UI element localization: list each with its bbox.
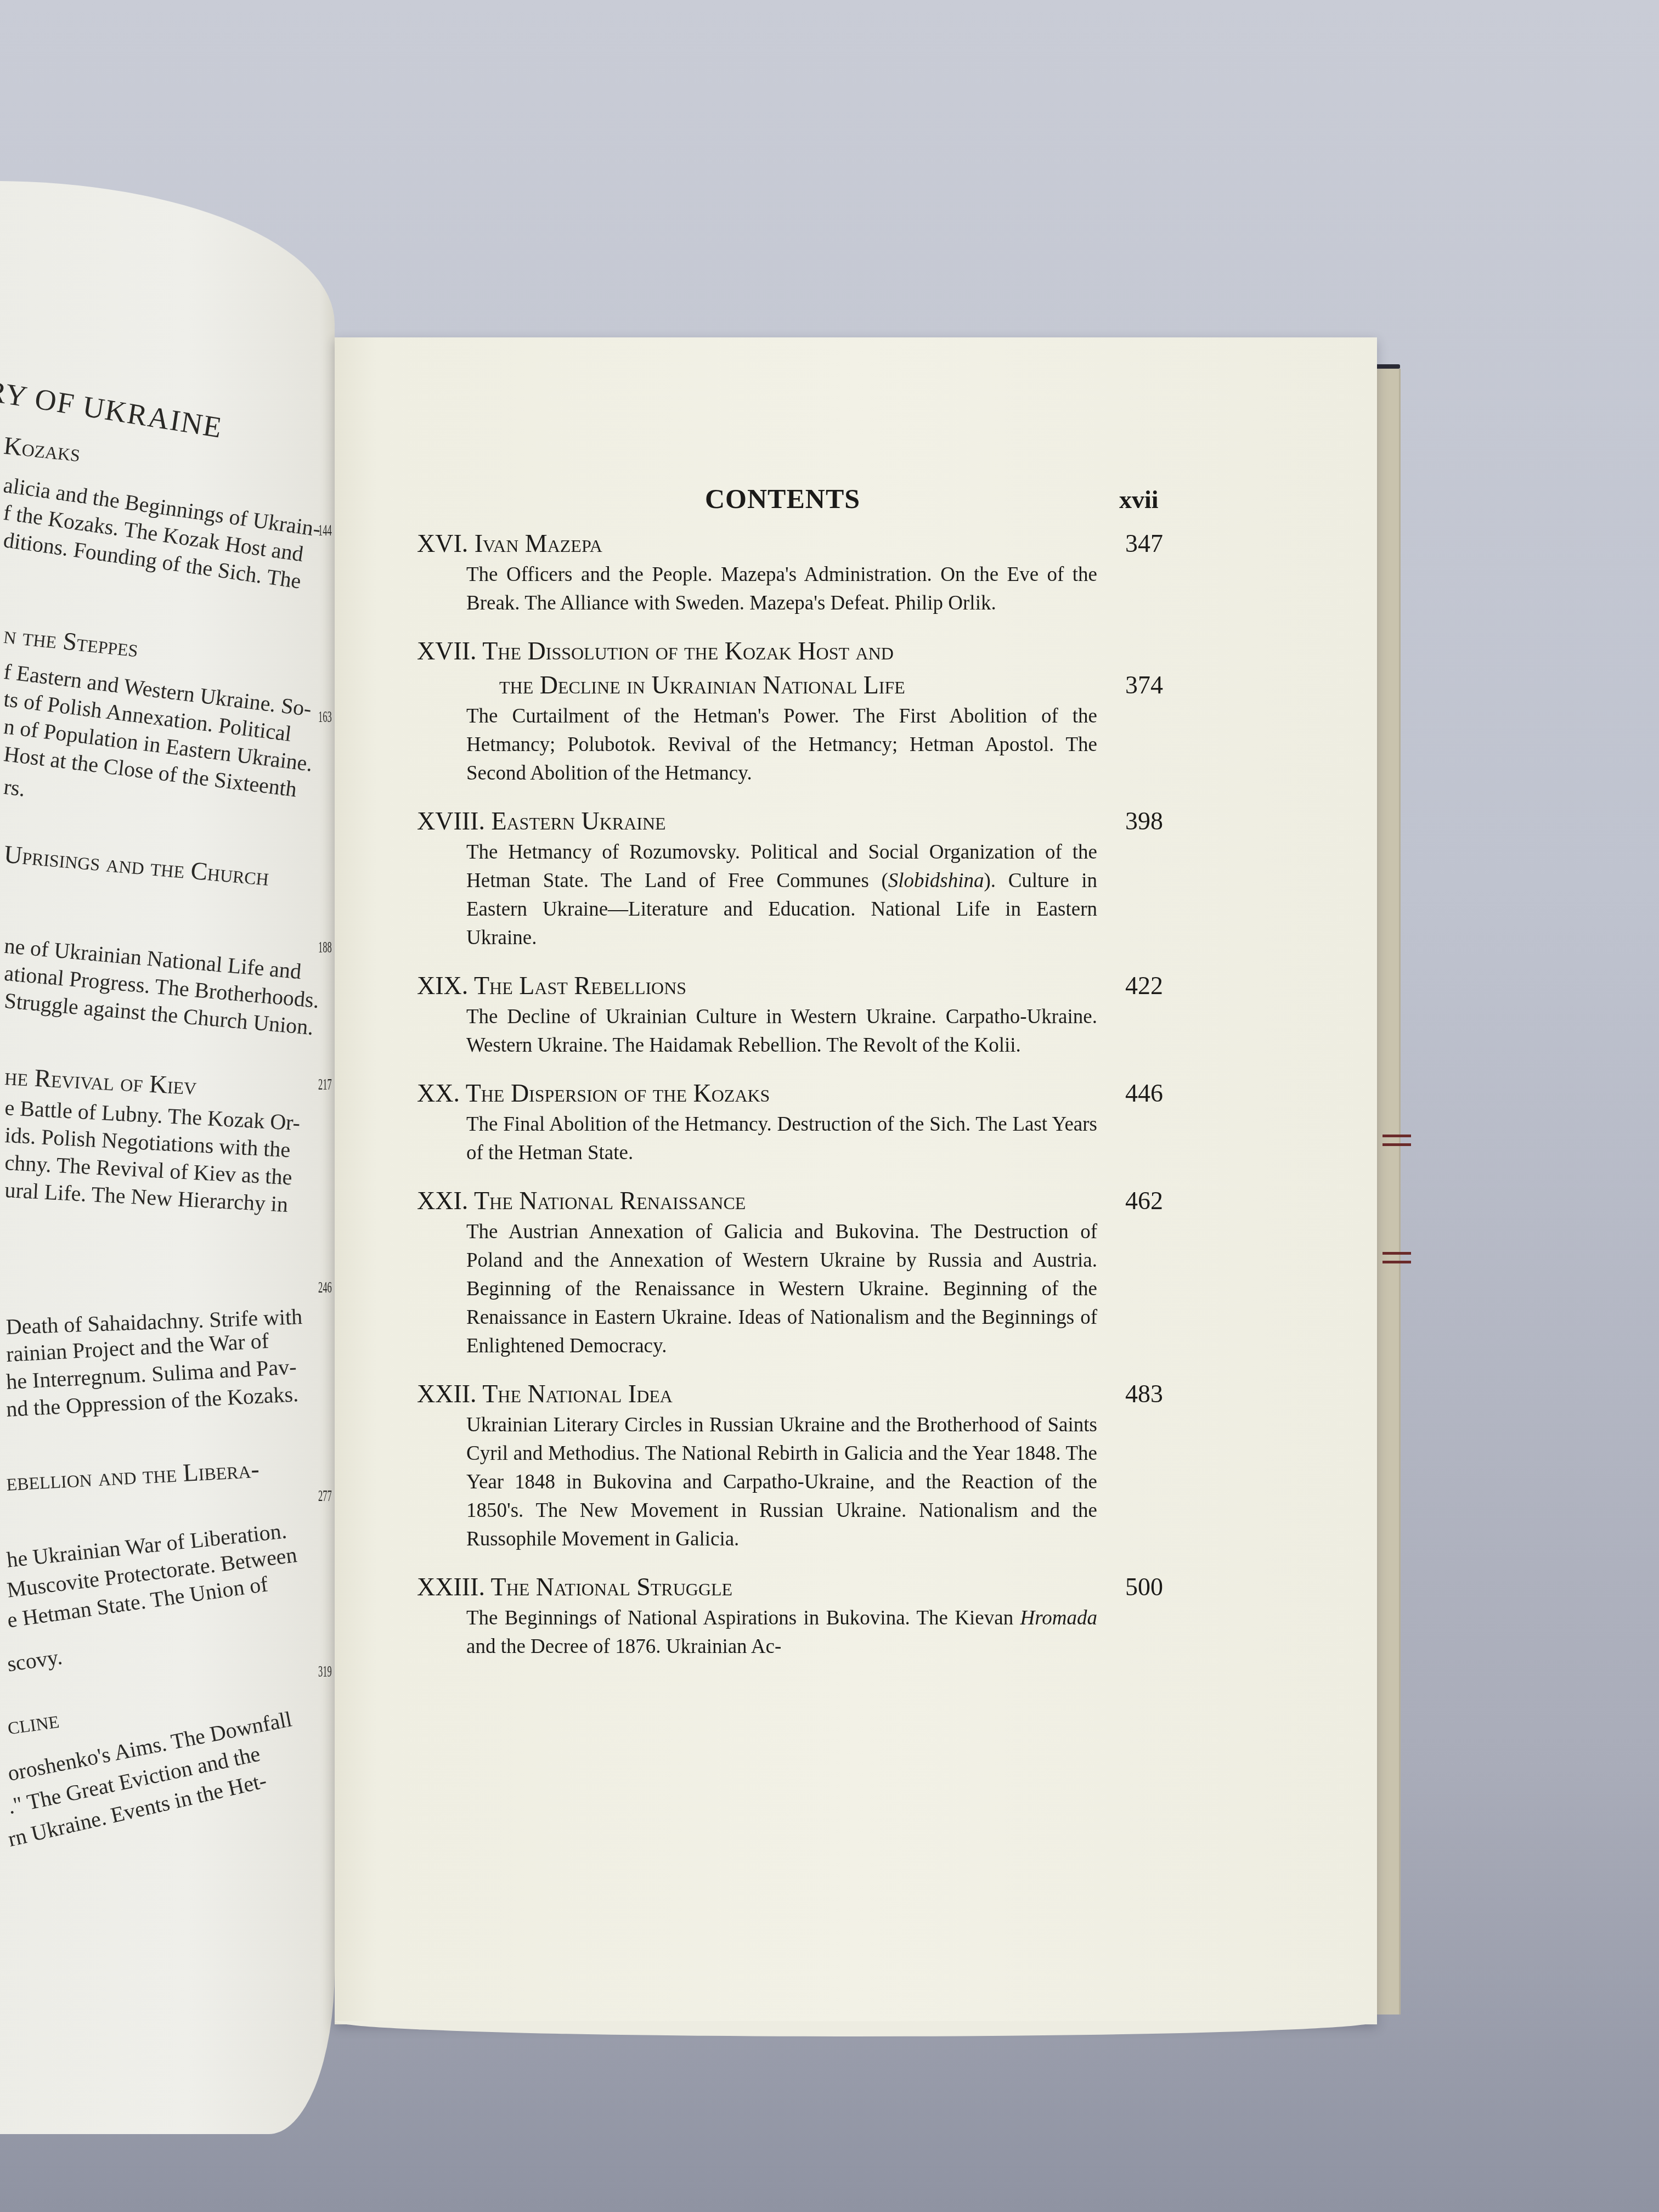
chapter-name: The Dispersion of the Kozaks xyxy=(466,1079,770,1107)
left-chapter-heading: cline xyxy=(5,1705,61,1741)
chapter-description: The Decline of Ukrainian Culture in West… xyxy=(466,1003,1097,1060)
chapter-name-continued: the Decline in Ukrainian National Life xyxy=(417,668,1081,702)
left-description-line: rs. xyxy=(2,774,26,802)
page-number: 500 xyxy=(1125,1570,1163,1604)
left-chapter-heading: he Revival of Kiev xyxy=(4,1062,198,1101)
chapter-number: XXIII. xyxy=(417,1573,485,1601)
left-page-number: 319 xyxy=(318,1662,332,1681)
italic-term: Slobidshina xyxy=(888,870,984,892)
chapter-number: XX. xyxy=(417,1079,460,1107)
chapter-name: Eastern Ukraine xyxy=(491,807,665,835)
table-of-contents: XVI. Ivan Mazepa347The Officers and the … xyxy=(417,527,1163,1678)
chapter-number: XIX. xyxy=(417,972,468,1000)
page-number: 422 xyxy=(1125,969,1163,1003)
left-description-line: scovy. xyxy=(5,1644,64,1677)
toc-entry: XVII. The Dissolution of the Kozak Host … xyxy=(417,634,1163,788)
chapter-number: XVI. xyxy=(417,529,468,557)
chapter-title: XVIII. Eastern Ukraine xyxy=(417,804,1163,838)
left-page-number: 188 xyxy=(318,938,332,957)
toc-entry: XVI. Ivan Mazepa347The Officers and the … xyxy=(417,527,1163,618)
chapter-name: The Last Rebellions xyxy=(474,972,686,1000)
toc-entry: XVIII. Eastern Ukraine398The Hetmancy of… xyxy=(417,804,1163,952)
page-number: 347 xyxy=(1125,527,1163,561)
chapter-name: The Dissolution of the Kozak Host and xyxy=(482,637,894,665)
left-chapter-heading: Kozaks xyxy=(2,431,82,467)
left-chapter-heading: n the Steppes xyxy=(2,620,139,663)
chapter-description: The Beginnings of National Aspirations i… xyxy=(466,1604,1097,1661)
page-folio: xvii xyxy=(1119,485,1159,514)
chapter-description: The Curtailment of the Hetman's Power. T… xyxy=(466,702,1097,788)
spine-band xyxy=(1383,1261,1411,1263)
chapter-number: XXI. xyxy=(417,1187,468,1215)
page-number: 398 xyxy=(1125,804,1163,838)
toc-entry: XIX. The Last Rebellions422The Decline o… xyxy=(417,969,1163,1060)
chapter-number: XVIII. xyxy=(417,807,485,835)
chapter-title: XXIII. The National Struggle xyxy=(417,1570,1163,1604)
italic-term: Hromada xyxy=(1020,1607,1097,1629)
chapter-number: XVII. xyxy=(417,637,477,665)
left-page-number: 144 xyxy=(318,521,332,540)
chapter-name: Ivan Mazepa xyxy=(475,529,602,557)
chapter-name: The National Renaissance xyxy=(474,1187,746,1215)
description-text: The Beginnings of National Aspirations i… xyxy=(466,1607,1020,1629)
chapter-title: XIX. The Last Rebellions xyxy=(417,969,1163,1003)
chapter-number: XXII. xyxy=(417,1380,477,1408)
left-page-number: 246 xyxy=(318,1278,332,1297)
chapter-title: XXII. The National Idea xyxy=(417,1377,1163,1411)
chapter-description: Ukrainian Literary Circles in Russian Uk… xyxy=(466,1411,1097,1554)
spine-band xyxy=(1383,1143,1411,1146)
left-page-number: 217 xyxy=(318,1075,332,1094)
left-page-number: 277 xyxy=(318,1487,332,1505)
chapter-description: The Officers and the People. Mazepa's Ad… xyxy=(466,561,1097,618)
page-title: CONTENTS xyxy=(705,483,860,515)
description-text: and the Decree of 1876. Ukrainian Ac- xyxy=(466,1635,781,1658)
chapter-title: XXI. The National Renaissance xyxy=(417,1184,1163,1218)
toc-entry: XXII. The National Idea483Ukrainian Lite… xyxy=(417,1377,1163,1554)
toc-entry: XX. The Dispersion of the Kozaks446The F… xyxy=(417,1076,1163,1167)
spine-band xyxy=(1383,1135,1411,1137)
chapter-description: The Austrian Annexation of Galicia and B… xyxy=(466,1218,1097,1361)
toc-entry: XXI. The National Renaissance462The Aust… xyxy=(417,1184,1163,1361)
left-page: ORY OF UKRAINE Kozaksalicia and the Begi… xyxy=(0,181,335,2134)
toc-entry: XXIII. The National Struggle500The Begin… xyxy=(417,1570,1163,1661)
left-chapter-heading: Uprisings and the Church xyxy=(3,839,270,891)
page-number: 483 xyxy=(1125,1377,1163,1411)
chapter-description: The Hetmancy of Rozumovsky. Political an… xyxy=(466,838,1097,952)
page-number: 446 xyxy=(1125,1076,1163,1110)
page-number: 462 xyxy=(1125,1184,1163,1218)
chapter-description: The Final Abolition of the Hetmancy. Des… xyxy=(466,1110,1097,1167)
chapter-title: XVI. Ivan Mazepa xyxy=(417,527,1163,561)
chapter-title: XX. The Dispersion of the Kozaks xyxy=(417,1076,1163,1110)
chapter-name: The National Idea xyxy=(482,1380,673,1408)
spine-band xyxy=(1383,1252,1411,1255)
page-number: 374 xyxy=(1125,668,1163,702)
left-chapter-heading: ebellion and the Libera- xyxy=(5,1454,260,1497)
chapter-name: The National Struggle xyxy=(491,1573,733,1601)
left-page-number: 163 xyxy=(318,708,332,726)
chapter-title: XVII. The Dissolution of the Kozak Host … xyxy=(417,634,1163,702)
